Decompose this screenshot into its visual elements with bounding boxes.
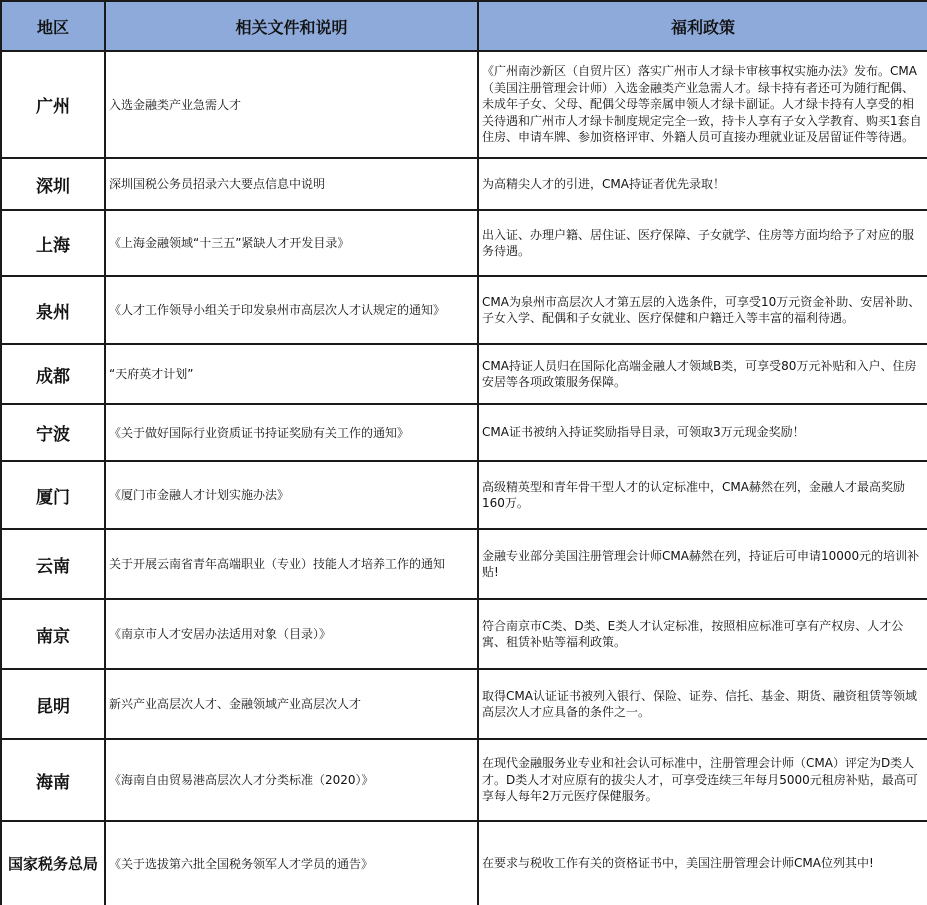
document-cell: 《厦门市金融人才计划实施办法》 xyxy=(105,461,478,529)
region-cell: 海南 xyxy=(1,739,105,821)
policy-cell: CMA持证人员归在国际化高端金融人才领域B类，可享受80万元补贴和入户、住房安居… xyxy=(478,344,927,404)
table-row: 深圳 深圳国税公务员招录六大要点信息中说明 为高精尖人才的引进，CMA持证者优先… xyxy=(1,158,927,210)
column-header-document: 相关文件和说明 xyxy=(105,1,478,51)
cma-policy-table: 地区 相关文件和说明 福利政策 广州 入选金融类产业急需人才 《广州南沙新区（自… xyxy=(0,0,927,905)
policy-cell: CMA为泉州市高层次人才第五层的入选条件，可享受10万元资金补助、安居补助、子女… xyxy=(478,276,927,344)
document-cell: 关于开展云南省青年高端职业（专业）技能人才培养工作的通知 xyxy=(105,529,478,599)
policy-cell: 高级精英型和青年骨干型人才的认定标准中，CMA赫然在列，金融人才最高奖励160万… xyxy=(478,461,927,529)
region-cell: 厦门 xyxy=(1,461,105,529)
document-cell: 《人才工作领导小组关于印发泉州市高层次人才认规定的通知》 xyxy=(105,276,478,344)
table-row: 泉州 《人才工作领导小组关于印发泉州市高层次人才认规定的通知》 CMA为泉州市高… xyxy=(1,276,927,344)
document-cell: 深圳国税公务员招录六大要点信息中说明 xyxy=(105,158,478,210)
region-cell: 南京 xyxy=(1,599,105,669)
document-cell: 入选金融类产业急需人才 xyxy=(105,51,478,158)
table-row: 宁波 《关于做好国际行业资质证书持证奖励有关工作的通知》 CMA证书被纳入持证奖… xyxy=(1,404,927,461)
region-cell: 深圳 xyxy=(1,158,105,210)
document-cell: 《关于选拔第六批全国税务领军人才学员的通告》 xyxy=(105,821,478,905)
table-header-row: 地区 相关文件和说明 福利政策 xyxy=(1,1,927,51)
policy-cell: 符合南京市C类、D类、E类人才认定标准，按照相应标准可享有产权房、人才公寓、租赁… xyxy=(478,599,927,669)
table-row: 昆明 新兴产业高层次人才、金融领域产业高层次人才 取得CMA认证证书被列入银行、… xyxy=(1,669,927,739)
table-row: 上海 《上海金融领域“十三五”紧缺人才开发目录》 出入证、办理户籍、居住证、医疗… xyxy=(1,210,927,276)
policy-cell: 出入证、办理户籍、居住证、医疗保障、子女就学、住房等方面均给予了对应的服务待遇。 xyxy=(478,210,927,276)
document-cell: “天府英才计划” xyxy=(105,344,478,404)
table-row: 南京 《南京市人才安居办法适用对象（目录）》 符合南京市C类、D类、E类人才认定… xyxy=(1,599,927,669)
table-row: 国家税务总局 《关于选拔第六批全国税务领军人才学员的通告》 在要求与税收工作有关… xyxy=(1,821,927,905)
policy-cell: 金融专业部分美国注册管理会计师CMA赫然在列，持证后可申请10000元的培训补贴… xyxy=(478,529,927,599)
document-cell: 《关于做好国际行业资质证书持证奖励有关工作的通知》 xyxy=(105,404,478,461)
document-cell: 《海南自由贸易港高层次人才分类标准（2020）》 xyxy=(105,739,478,821)
table-row: 广州 入选金融类产业急需人才 《广州南沙新区（自贸片区）落实广州市人才绿卡审核事… xyxy=(1,51,927,158)
policy-cell: 《广州南沙新区（自贸片区）落实广州市人才绿卡审核事权实施办法》发布。CMA（美国… xyxy=(478,51,927,158)
region-cell: 宁波 xyxy=(1,404,105,461)
policy-cell: 在现代金融服务业专业和社会认可标准中，注册管理会计师（CMA）评定为D类人才。D… xyxy=(478,739,927,821)
region-cell: 成都 xyxy=(1,344,105,404)
document-cell: 《上海金融领域“十三五”紧缺人才开发目录》 xyxy=(105,210,478,276)
column-header-policy: 福利政策 xyxy=(478,1,927,51)
document-cell: 《南京市人才安居办法适用对象（目录）》 xyxy=(105,599,478,669)
region-cell: 泉州 xyxy=(1,276,105,344)
policy-cell: CMA证书被纳入持证奖励指导目录，可领取3万元现金奖励！ xyxy=(478,404,927,461)
policy-cell: 为高精尖人才的引进，CMA持证者优先录取！ xyxy=(478,158,927,210)
policy-cell: 在要求与税收工作有关的资格证书中，美国注册管理会计师CMA位列其中! xyxy=(478,821,927,905)
region-cell: 上海 xyxy=(1,210,105,276)
column-header-region: 地区 xyxy=(1,1,105,51)
region-cell: 云南 xyxy=(1,529,105,599)
table-row: 海南 《海南自由贸易港高层次人才分类标准（2020）》 在现代金融服务业专业和社… xyxy=(1,739,927,821)
region-cell: 国家税务总局 xyxy=(1,821,105,905)
region-cell: 广州 xyxy=(1,51,105,158)
table-row: 成都 “天府英才计划” CMA持证人员归在国际化高端金融人才领域B类，可享受80… xyxy=(1,344,927,404)
table-row: 厦门 《厦门市金融人才计划实施办法》 高级精英型和青年骨干型人才的认定标准中，C… xyxy=(1,461,927,529)
table-row: 云南 关于开展云南省青年高端职业（专业）技能人才培养工作的通知 金融专业部分美国… xyxy=(1,529,927,599)
policy-cell: 取得CMA认证证书被列入银行、保险、证券、信托、基金、期货、融资租赁等领域高层次… xyxy=(478,669,927,739)
document-cell: 新兴产业高层次人才、金融领域产业高层次人才 xyxy=(105,669,478,739)
region-cell: 昆明 xyxy=(1,669,105,739)
